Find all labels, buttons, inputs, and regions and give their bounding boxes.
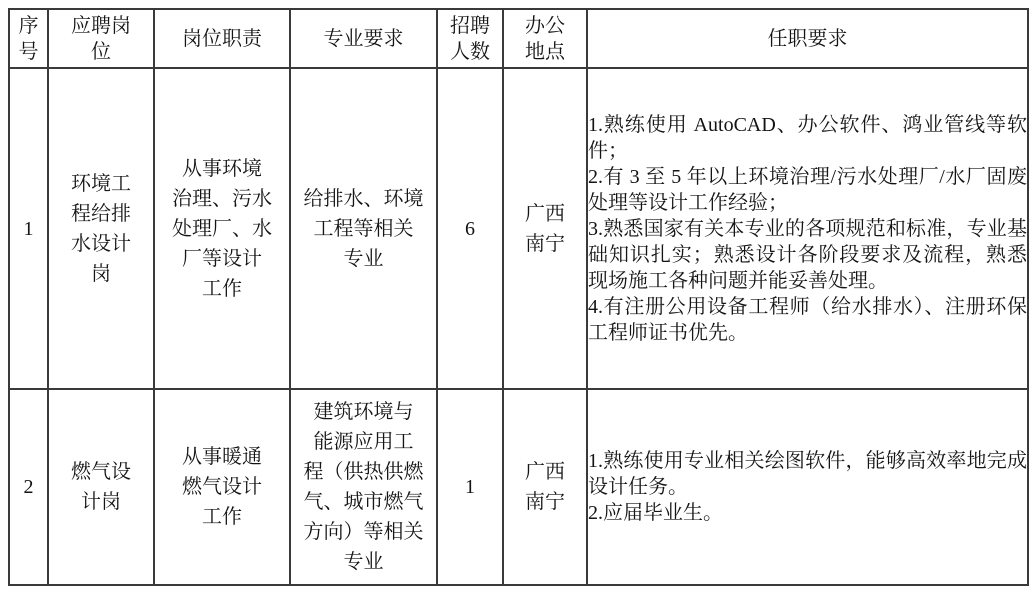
- col-header-headcount: 招聘 人数: [437, 9, 503, 68]
- cell-position: 环境工 程给排 水设计 岗: [48, 68, 154, 389]
- cell-position: 燃气设 计岗: [48, 389, 154, 585]
- cell-headcount: 6: [437, 68, 503, 389]
- table-row: 2 燃气设 计岗 从事暖通 燃气设计 工作 建筑环境与 能源应用工 程（供热供燃…: [9, 389, 1028, 585]
- col-header-serial-no: 序 号: [9, 9, 48, 68]
- cell-serial-no: 1: [9, 68, 48, 389]
- cell-serial-no: 2: [9, 389, 48, 585]
- cell-location: 广西 南宁: [503, 68, 587, 389]
- document-page: 序 号 应聘岗 位 岗位职责 专业要求 招聘 人数 办公 地点 任职要求 1 环…: [0, 0, 1035, 595]
- col-header-duties: 岗位职责: [154, 9, 290, 68]
- table-header-row: 序 号 应聘岗 位 岗位职责 专业要求 招聘 人数 办公 地点 任职要求: [9, 9, 1028, 68]
- cell-major: 建筑环境与 能源应用工 程（供热供燃 气、城市燃气 方向）等相关 专业: [290, 389, 437, 585]
- col-header-position: 应聘岗 位: [48, 9, 154, 68]
- col-header-major: 专业要求: [290, 9, 437, 68]
- cell-duties: 从事环境 治理、污水 处理厂、水 厂等设计 工作: [154, 68, 290, 389]
- cell-duties: 从事暖通 燃气设计 工作: [154, 389, 290, 585]
- cell-requirements: 1.熟练使用专业相关绘图软件，能够高效率地完成设计任务。 2.应届毕业生。: [587, 389, 1028, 585]
- cell-major: 给排水、环境 工程等相关 专业: [290, 68, 437, 389]
- col-header-location: 办公 地点: [503, 9, 587, 68]
- cell-requirements: 1.熟练使用 AutoCAD、办公软件、鸿业管线等软件； 2.有 3 至 5 年…: [587, 68, 1028, 389]
- table-row: 1 环境工 程给排 水设计 岗 从事环境 治理、污水 处理厂、水 厂等设计 工作…: [9, 68, 1028, 389]
- col-header-requirements: 任职要求: [587, 9, 1028, 68]
- cell-location: 广西 南宁: [503, 389, 587, 585]
- recruitment-table: 序 号 应聘岗 位 岗位职责 专业要求 招聘 人数 办公 地点 任职要求 1 环…: [8, 8, 1029, 586]
- cell-headcount: 1: [437, 389, 503, 585]
